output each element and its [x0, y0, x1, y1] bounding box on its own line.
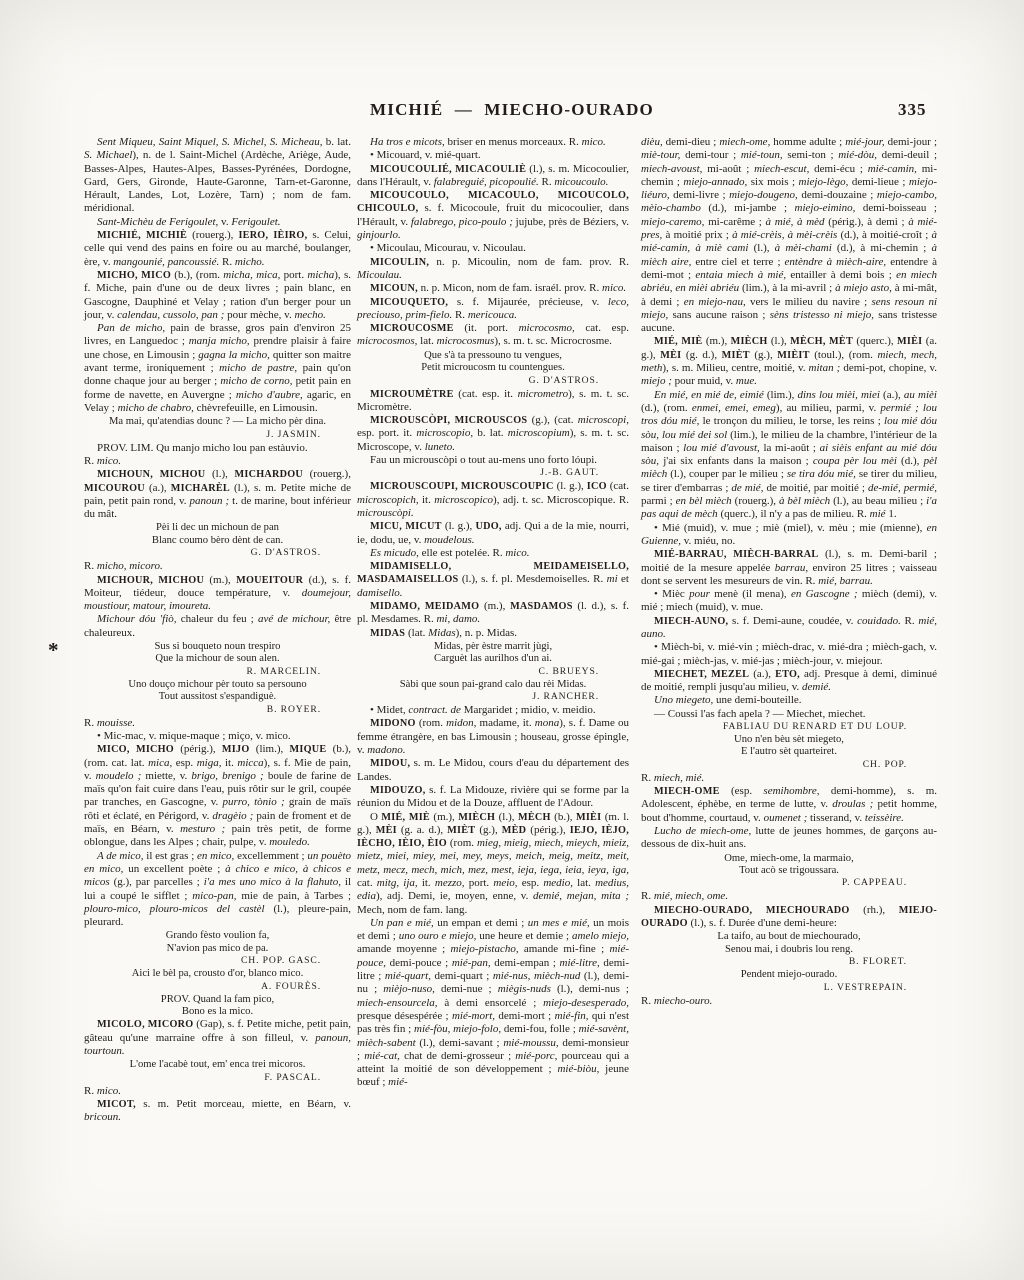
entry-paragraph: MIECHET, MEZEL (a.), ETO, adj. Presque à… [641, 668, 937, 695]
attribution: J. RANCHER. [357, 691, 629, 703]
paragraph-continuation: R. mié, miech, ome. [641, 890, 937, 903]
entry-paragraph: Uno miegeto, une demi-bouteille. [641, 694, 937, 707]
entry-paragraph: MIECHO-OURADO, MIECHOURADO (rh.), MIEJO-… [641, 904, 937, 931]
attribution: G. D'ASTROS. [357, 375, 629, 387]
paragraph-continuation: R. mico. [84, 455, 351, 468]
attribution: B. ROYER. [84, 704, 351, 716]
attribution: G. D'ASTROS. [84, 547, 351, 559]
paragraph-continuation: R. miech, mié. [641, 772, 937, 785]
verse-quote: Sus si bouqueto noun trespiroQue la mich… [84, 641, 351, 666]
paragraph-continuation: R. miecho-ouro. [641, 995, 937, 1008]
paragraph-continuation: R. mico. [84, 1085, 351, 1098]
attribution: R. MARCELIN. [84, 666, 351, 678]
attribution: L. VESTREPAIN. [641, 982, 937, 994]
paragraph-continuation: dièu, demi-dieu ; miech-ome, homme adult… [641, 136, 937, 335]
verse-quote: La taifo, au bout de miechourado,Senou m… [641, 931, 937, 956]
entry-paragraph: Ha tros e micots, briser en menus morcea… [357, 136, 629, 149]
verse-quote: Aici le bèl pa, crousto d'or, blanco mic… [84, 968, 351, 980]
entry-paragraph: MIDOU, s. m. Le Midou, cours d'eau du dé… [357, 757, 629, 784]
attribution: B. FLORET. [641, 956, 937, 968]
verse-line: L'ome l'acabè tout, em' enca trei micoro… [84, 1059, 351, 1071]
text-column-1: Sent Miqueu, Saint Miquel, S. Michel, S.… [84, 136, 351, 1125]
paragraph-continuation: R. mouisse. [84, 717, 351, 730]
entry-paragraph: MIÉ-BARRAU, MIÈCH-BARRAL (l.), s. m. Dem… [641, 548, 937, 588]
entry-paragraph: MIÉ, MIÈ (m.), MIÈCH (l.), MÈCH, MÈT (qu… [641, 335, 937, 388]
verse-line: E l'autro sèt quarteiret. [641, 746, 937, 758]
entry-paragraph: Un pan e mié, un empan et demi ; un mes … [357, 917, 629, 1090]
entry-paragraph: — Coussi l'as fach apela ? — Miechet, mi… [641, 708, 937, 721]
verse-line: PROV. Quand la fam pico, [84, 994, 351, 1006]
entry-paragraph: En mié, en mié de, eimié (lim.), dins lo… [641, 389, 937, 522]
attribution: CH. POP. [641, 759, 937, 771]
dictionary-page: MICHIÉ — MIECHO-OURADO 335 * Sent Miqueu… [0, 0, 1024, 1280]
entry-paragraph: MICU, MICUT (l. g.), UDO, adj. Qui a de … [357, 520, 629, 547]
verse-line: Blanc coumo bèro dènt de can. [84, 535, 351, 547]
entry-paragraph: MICHIÉ, MICHIÈ (rouerg.), IERO, IÈIRO, s… [84, 229, 351, 269]
attribution: J.-B. GAUT. [357, 467, 629, 479]
entry-paragraph: MICOUCOULIÉ, MICACOULIÈ (l.), s. m. Mico… [357, 163, 629, 190]
entry-paragraph: Michour dóu 'fiò, chaleur du feu ; avé d… [84, 613, 351, 640]
entry-paragraph: MIDAMO, MEIDAMO (m.), MASDAMOS (l. d.), … [357, 600, 629, 627]
paragraph-continuation: R. micho, micoro. [84, 560, 351, 573]
entry-paragraph: MICOUQUETO, s. f. Mijaurée, précieuse, v… [357, 296, 629, 323]
entry-paragraph: MICROUMÈTRE (cat. esp. it. micrometro), … [357, 388, 629, 415]
attribution: C. BRUEYS. [357, 666, 629, 678]
entry-paragraph: MICOULIN, n. p. Micoulin, nom de fam. pr… [357, 256, 629, 283]
entry-paragraph: MIDAS (lat. Midas), n. p. Midas. [357, 627, 629, 640]
verse-quote: Grando fèsto voulion fa,N'avion pas mico… [84, 930, 351, 955]
verse-line: Que la michour de soun alen. [84, 653, 351, 665]
attribution: FABLIAU DU RENARD ET DU LOUP. [641, 721, 937, 733]
entry-paragraph: Pan de micho, pain de brasse, gros pain … [84, 322, 351, 415]
verse-quote: Uno douço michour pèr touto sa persounoT… [84, 679, 351, 704]
entry-paragraph: A de mico, il est gras ; en mico, excell… [84, 850, 351, 930]
page-number: 335 [898, 100, 958, 120]
verse-line: Petit microucosm tu countengues. [357, 362, 629, 374]
entry-paragraph: MIDAMISELLO, MEIDAMEISELLO, MASDAMAISELL… [357, 560, 629, 600]
entry-paragraph: MICHO, MICO (b.), (rom. micha, mica, por… [84, 269, 351, 322]
verse-line: Pèi li dec un michoun de pan [84, 522, 351, 534]
entry-paragraph: MICOT, s. m. Petit morceau, miette, en B… [84, 1098, 351, 1125]
entry-paragraph: MICOUN, n. p. Micon, nom de fam. israél.… [357, 282, 629, 295]
entry-paragraph: MIECH-AUNO, s. f. Demi-aune, coudée, v. … [641, 615, 937, 642]
verse-line: Ome, miech-ome, la marmaio, [641, 853, 937, 865]
entry-paragraph: MICHOUR, MICHOU (m.), MOUEITOUR (d.), s.… [84, 574, 351, 614]
verse-line: Uno n'en bèu sèt miegeto, [641, 734, 937, 746]
entry-paragraph: MICROUSCÒPI, MICROUSCOS (g.), (cat. micr… [357, 414, 629, 454]
attribution: CH. POP. GASC. [84, 955, 351, 967]
entry-paragraph: MIECH-OME (esp. semihombre, demi-homme),… [641, 785, 937, 825]
verse-quote: Ma mai, qu'atendias dounc ? — La micho p… [84, 416, 351, 428]
entry-paragraph: Lucho de miech-ome, lutte de jeunes homm… [641, 825, 937, 852]
entry-paragraph: • Mic-mac, v. mique-maque ; miço, v. mic… [84, 730, 351, 743]
entry-paragraph: Es micudo, elle est potelée. R. mico. [357, 547, 629, 560]
entry-paragraph: • Midet, contract. de Margaridet ; midio… [357, 704, 629, 717]
entry-paragraph: Sant-Michèu de Ferigoulet, v. Ferigoulet… [84, 216, 351, 229]
text-column-2: Ha tros e micots, briser en menus morcea… [357, 136, 629, 1090]
attribution: P. CAPPEAU. [641, 877, 937, 889]
entry-paragraph: • Mièch-bi, v. mié-vin ; mièch-drac, v. … [641, 641, 937, 668]
entry-paragraph: MICROUSCOUPI, MICROUSCOUPIC (l. g.), ICO… [357, 480, 629, 520]
verse-quote: Sàbi que soun pai-grand calo dau rèi Mid… [357, 679, 629, 691]
verse-line: Senou mai, i doubris lou reng. [641, 944, 937, 956]
verse-line: Midas, pèr èstre marrit jùgi, [357, 641, 629, 653]
verse-line: Tout acò se trigoussara. [641, 865, 937, 877]
entry-paragraph: Sent Miqueu, Saint Miquel, S. Michel, S.… [84, 136, 351, 216]
verse-line: Bono es la mico. [84, 1006, 351, 1018]
entry-paragraph: • Micouard, v. mié-quart. [357, 149, 629, 162]
verse-quote: L'ome l'acabè tout, em' enca trei micoro… [84, 1059, 351, 1071]
entry-paragraph: • Mié (muid), v. mue ; miè (miel), v. mè… [641, 522, 937, 549]
entry-paragraph: PROV. LIM. Qu manjo micho lou pan estàuv… [84, 442, 351, 455]
verse-quote: Que s'à ta pressouno tu vengues,Petit mi… [357, 350, 629, 375]
verse-line: Sàbi que soun pai-grand calo dau rèi Mid… [357, 679, 629, 691]
entry-paragraph: MIDONO (rom. midon, madame, it. mona), s… [357, 717, 629, 757]
verse-line: Tout aussitost s'espandiguè. [84, 691, 351, 703]
verse-line: Uno douço michour pèr touto sa persouno [84, 679, 351, 691]
running-title: MICHIÉ — MIECHO-OURADO [0, 100, 1024, 120]
text-column-3: dièu, demi-dieu ; miech-ome, homme adult… [641, 136, 937, 1008]
entry-paragraph: O MIÉ, MIÈ (m.), MIÈCH (l.), MÈCH (b.), … [357, 811, 629, 917]
margin-asterisk-mark: * [48, 638, 59, 663]
entry-paragraph: MICROUCOSME (it. port. microcosmo, cat. … [357, 322, 629, 349]
verse-quote: Uno n'en bèu sèt miegeto,E l'autro sèt q… [641, 734, 937, 759]
verse-line: Grando fèsto voulion fa, [84, 930, 351, 942]
verse-line: Ma mai, qu'atendias dounc ? — La micho p… [84, 416, 351, 428]
entry-paragraph: MICOUCOULO, MICACOULO, MICOUCOLO, CHICOU… [357, 189, 629, 242]
verse-quote: Pendent miejo-ourado. [641, 969, 937, 981]
attribution: F. PASCAL. [84, 1072, 351, 1084]
attribution: J. JASMIN. [84, 429, 351, 441]
verse-quote: PROV. Quand la fam pico,Bono es la mico. [84, 994, 351, 1019]
verse-line: La taifo, au bout de miechourado, [641, 931, 937, 943]
entry-paragraph: MICOLO, MICORO (Gap), s. f. Petite miche… [84, 1018, 351, 1058]
verse-quote: Ome, miech-ome, la marmaio,Tout acò se t… [641, 853, 937, 878]
verse-quote: Pèi li dec un michoun de panBlanc coumo … [84, 522, 351, 547]
entry-paragraph: • Mièc pour menè (il mena), en Gascogne … [641, 588, 937, 615]
verse-line: N'avion pas mico de pa. [84, 943, 351, 955]
verse-line: Pendent miejo-ourado. [641, 969, 937, 981]
verse-line: Carguèt las aurilhos d'un ai. [357, 653, 629, 665]
verse-quote: Midas, pèr èstre marrit jùgi,Carguèt las… [357, 641, 629, 666]
verse-line: Sus si bouqueto noun trespiro [84, 641, 351, 653]
entry-paragraph: MIDOUZO, s. f. La Midouze, rivière qui s… [357, 784, 629, 811]
entry-paragraph: • Micoulau, Micourau, v. Nicoulau. [357, 242, 629, 255]
verse-line: Aici le bèl pa, crousto d'or, blanco mic… [84, 968, 351, 980]
entry-paragraph: MICHOUN, MICHOU (l.), MICHARDOU (rouerg.… [84, 468, 351, 521]
attribution: A. FOURÈS. [84, 981, 351, 993]
entry-paragraph: Fau un microuscòpi o tout au-mens uno fo… [357, 454, 629, 467]
verse-line: Que s'à ta pressouno tu vengues, [357, 350, 629, 362]
entry-paragraph: MICO, MICHO (périg.), MIJO (lim.), MIQUE… [84, 743, 351, 849]
